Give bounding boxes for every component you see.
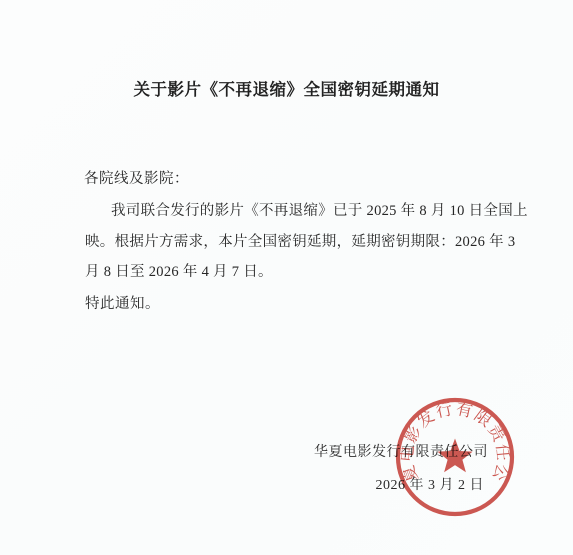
signature-date: 2026 年 3 月 2 日 [376, 474, 485, 494]
closing-note: 特此通知。 [85, 292, 160, 313]
seal-ring-text: 华夏电影发行有限责任公司 [393, 395, 513, 485]
signature-company: 华夏电影发行有限责任公司 [314, 441, 488, 461]
body-line: 映。根据片方需求，本片全国密钥延期，延期密钥期限：2026 年 3 [85, 227, 497, 258]
body-line: 月 8 日至 2026 年 4 月 7 日。 [85, 257, 497, 288]
document-title: 关于影片《不再退缩》全国密钥延期通知 [0, 76, 573, 100]
notice-document: 关于影片《不再退缩》全国密钥延期通知 各院线及影院： 我司联合发行的影片《不再退… [0, 0, 573, 555]
body-line: 我司联合发行的影片《不再退缩》已于 2025 年 8 月 10 日全国上 [85, 196, 497, 227]
body-paragraph: 我司联合发行的影片《不再退缩》已于 2025 年 8 月 10 日全国上 映。根… [85, 196, 497, 288]
salutation: 各院线及影院： [84, 167, 189, 188]
